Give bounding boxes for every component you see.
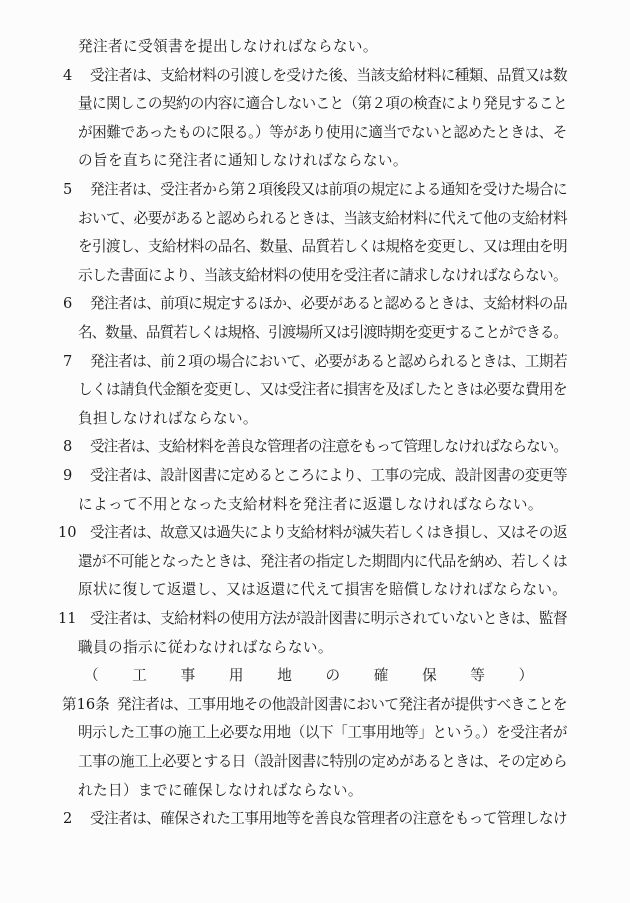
text-line: 受注者は、支給材料の引渡しを受けた後、当該支給材料に種類、品質又は数 — [90, 66, 567, 86]
text-line: 受注者は、確保された工事用地等を善良な管理者の注意をもって管理しなけ — [90, 809, 567, 829]
text-line: 発注者は、前項に規定するほか、必要があると認めるときは、支給材料の品 — [90, 294, 567, 314]
text-line: によって不用となった支給材料を発注者に返還しなければならない。 — [78, 495, 543, 515]
text-line: 工事の施工上必要とする日（設計図書に特別の定めがあるときは、その定めら — [78, 752, 567, 772]
text-line: 負担しなければならない。 — [78, 409, 258, 429]
text-line: 名、数量、品質若しくは規格、引渡場所又は引渡時期を変更することができる。 — [78, 323, 567, 343]
paragraph-number: 7 — [63, 352, 72, 372]
article-number: 第16条 — [62, 695, 110, 715]
paragraph-number: 8 — [63, 437, 72, 457]
text-line: 量に関しこの契約の内容に適合しないこと（第２項の検査により発見すること — [78, 94, 567, 114]
text-line: おいて、必要があると認められるときは、当該支給材料に代えて他の支給材料 — [78, 209, 567, 229]
text-line: 発注者は、工事用地その他設計図書において発注者が提供すべきことを — [117, 695, 567, 715]
article-heading: （工事用地の確保等） — [84, 666, 567, 686]
text-line: 受注者は、支給材料を善良な管理者の注意をもって管理しなければならない。 — [90, 437, 567, 457]
text-line: 職員の指示に従わなければならない。 — [78, 638, 333, 658]
paragraph-number: 9 — [63, 466, 72, 486]
text-line: を引渡し、支給材料の品名、数量、品質若しくは規格を変更し、又は理由を明 — [78, 237, 567, 257]
document-page: 発注者に受領書を提出しなければならない。4受注者は、支給材料の引渡しを受けた後、… — [0, 0, 630, 903]
text-line: 受注者は、故意又は過失により支給材料が滅失若しくはき損し、又はその返 — [90, 523, 567, 543]
text-line: 還が不可能となったときは、発注者の指定した期間内に代品を納め、若しくは — [78, 552, 567, 572]
paragraph-number: 5 — [63, 180, 72, 200]
text-line: 受注者は、支給材料の使用方法が設計図書に明示されていないときは、監督 — [90, 609, 567, 629]
text-line: 発注者に受領書を提出しなければならない。 — [78, 37, 378, 57]
text-line: 原状に復して返還し、又は返還に代えて損害を賠償しなければならない。 — [78, 580, 567, 600]
paragraph-number: 10 — [58, 523, 77, 543]
paragraph-number: 6 — [63, 294, 72, 314]
text-line: しくは請負代金額を変更し、又は受注者に損害を及ぼしたときは必要な費用を — [78, 380, 567, 400]
text-line: の旨を直ちに発注者に通知しなければならない。 — [78, 151, 408, 171]
paragraph-number: 2 — [63, 809, 72, 829]
text-line: 発注者は、受注者から第２項後段又は前項の規定による通知を受けた場合に — [90, 180, 567, 200]
text-line: 発注者は、前２項の場合において、必要があると認められるときは、工期若 — [90, 352, 567, 372]
text-line: が困難であったものに限る。）等があり使用に適当でないと認めたときは、そ — [78, 123, 567, 143]
text-line: 示した書面により、当該支給材料の使用を受注者に請求しなければならない。 — [78, 266, 567, 286]
text-line: 明示した工事の施工上必要な用地（以下「工事用地等」という。）を受注者が — [78, 723, 567, 743]
paragraph-number: 11 — [58, 609, 77, 629]
text-line: 受注者は、設計図書に定めるところにより、工事の完成、設計図書の変更等 — [90, 466, 567, 486]
paragraph-number: 4 — [63, 66, 72, 86]
text-line: れた日）までに確保しなければならない。 — [78, 781, 363, 801]
